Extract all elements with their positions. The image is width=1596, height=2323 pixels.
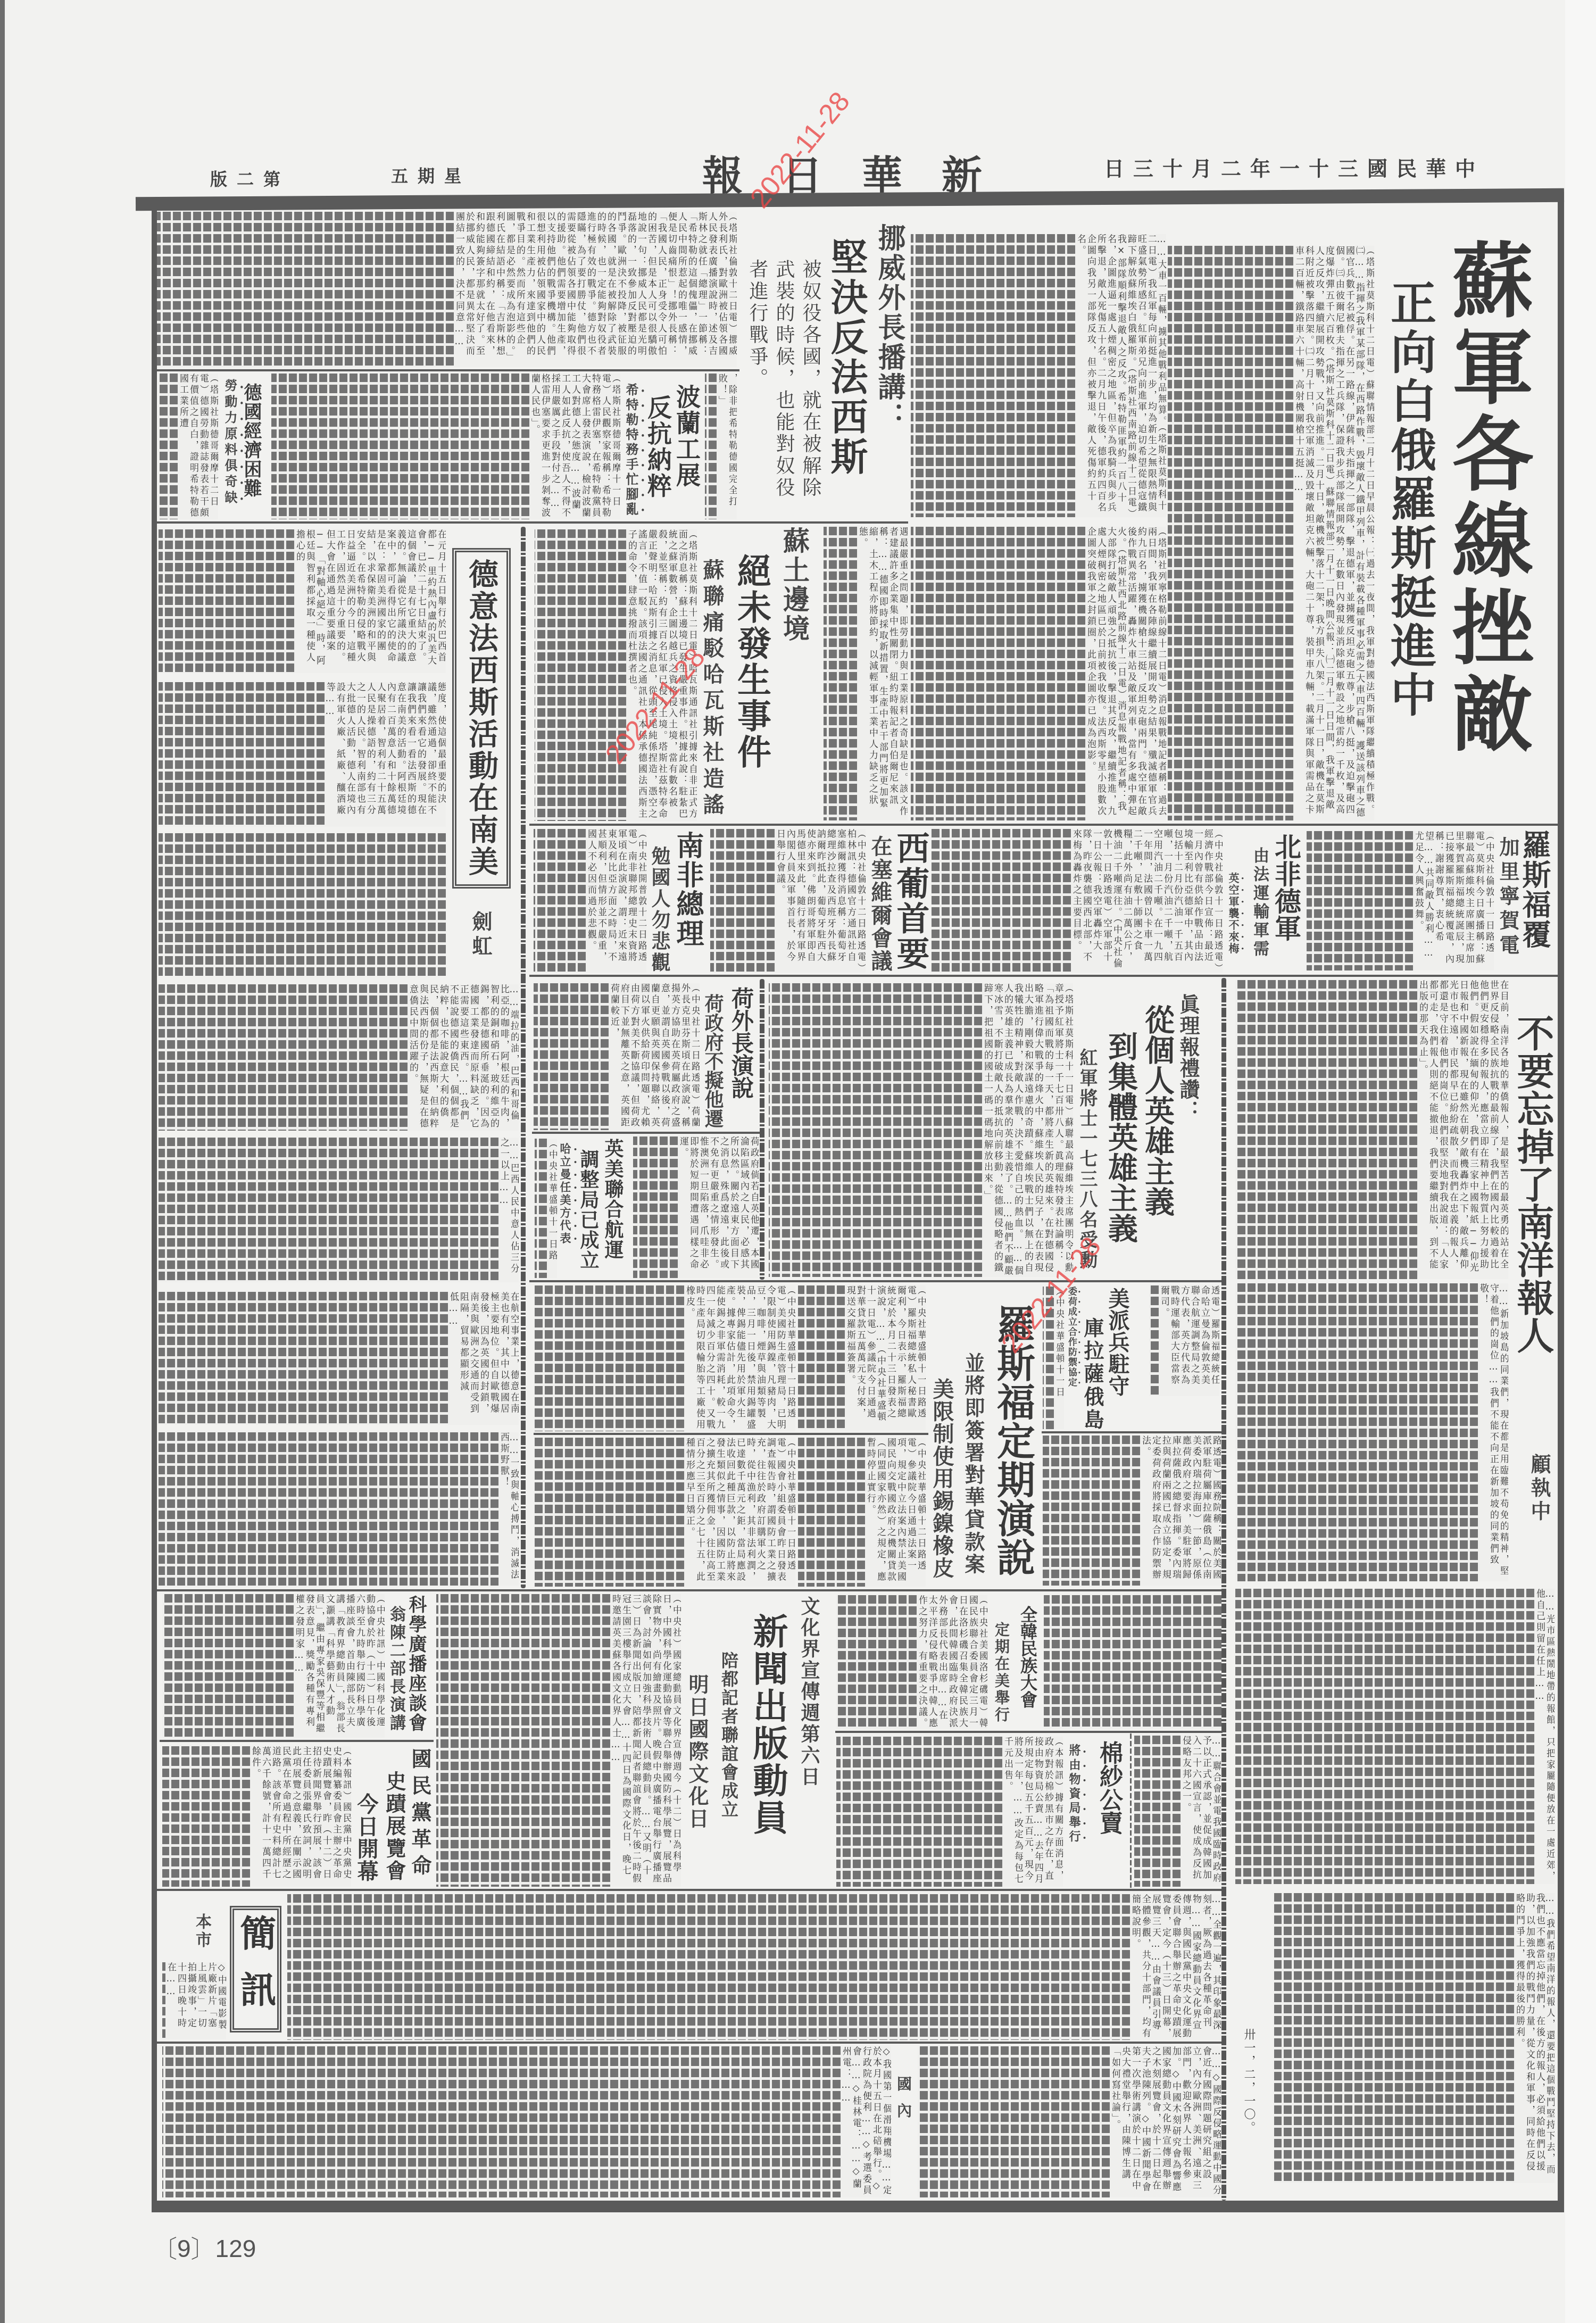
paragraph: ……聯合會並電我國臨時政府予以正式承認，並促成韓國加入二十六國宣言，使成為反抗侵… xyxy=(1181,1736,1221,1887)
article-body: ……全觀一遍，其印象最深刻者，厥為過去各種革命刊物……國家總動員文化界宣傳週，與… xyxy=(287,1894,1221,2040)
paragraph: ◇中國電影製片廠新片「塞上風雲」一切拍攝竣事，定十四日晚十時在…… xyxy=(165,1962,226,2039)
subheadline-roosevelt-speech: 並將即簽署對華貸款案 xyxy=(963,1353,983,1576)
headline-south-america: 德意法西斯活動在南美 xyxy=(467,559,496,878)
paragraph: 態度，使這個最重要的決議，雖然通過，卻終不能不讓我們來看它的發展。現在讓我們來看… xyxy=(325,682,446,827)
paragraph: （中央社倫敦十二日路透電）柏林訊：德國官方通訊社自塞維爾獲得消息稱：葡萄牙總理沙… xyxy=(775,829,866,973)
article-body: （中央社倫敦十一日路透電）莫斯科今日廣播稱：蘇聯最高蘇維埃主席團主席加里寧賀羅斯… xyxy=(1307,831,1494,970)
paragraph: （中央社美國洛杉磯電）韓國民族聯合委員會定三月一日在洛杉磯召集全韓民族大會，此間… xyxy=(917,1595,987,1729)
subheadline-norway: 被奴役各國，就在被解除武裝的時候，也能對奴役者進行戰爭。 xyxy=(744,259,824,504)
headline-curacao-2: 庫拉薩俄島 xyxy=(1082,1317,1102,1432)
subheadline-iberia: 在塞維爾會議 xyxy=(869,835,891,973)
headline-pravda: 從個人英雄主義 xyxy=(1143,1005,1173,1217)
article-body: （塔斯社斯德哥爾摩十二日電）德國勞動雜誌發表若干頗有價值之自白，證明希特勒德國工… xyxy=(159,374,218,519)
article-body: （中央社）國家總動員文化界宣傳週今（十二）日為科學日，中國科學化運動協會等聯合舉… xyxy=(436,1594,681,1887)
headline-dutch-fm: 荷外長演說 xyxy=(730,987,752,1099)
subheadline-culture-week-2: 明日國際文化日 xyxy=(687,1674,707,1830)
paragraph: （塔斯社列寧格勒前線十二日電）消息報戰地記者稱：過去兩日間，我軍在各陣線繼續展開… xyxy=(1085,527,1166,820)
subheadline-kmt-exhibit: 今日開幕 xyxy=(355,1793,377,1882)
archive-page-number: 〔9〕129 xyxy=(153,2229,256,2264)
article-body: 態度，使這個最重要的決議，雖然通過，卻終不能不讓我們來看它的發展。現在讓我們來看… xyxy=(159,682,446,827)
subheadline-north-africa: 由法運輸軍需 xyxy=(1251,847,1267,959)
article-body: （塔斯社斯德哥爾摩十一日電）人民觀察家報稱：希特勒特務格雷伊塞，在希特勒黨員大會… xyxy=(271,374,620,519)
divider xyxy=(1042,1431,1223,1433)
paragraph: （塔斯社斯德哥爾摩十二日電）德國勞動雜誌發表若干頗有價值之自白，證明希特勒德國工… xyxy=(178,374,218,519)
paragraph: （中央社倫敦十一日路透電）莫斯科今日廣播稱：蘇聯最高蘇維埃主席團主席加里寧賀羅斯… xyxy=(1413,831,1494,970)
headline-soviet-turkey: 絕未發生事件 xyxy=(734,553,768,770)
kicker-pravda: 眞理報禮讚： xyxy=(1178,994,1198,1122)
divider xyxy=(157,521,908,524)
article-body: （中央社倫敦十一日路透電）經濟作戰部今日宣佈：最近一月內曾有供給作戰品由法境輸至… xyxy=(931,829,1223,973)
article-dateline: 卅一，二，一〇。 xyxy=(1243,2028,1254,2135)
headline-norway: 堅決反法西斯 xyxy=(828,238,865,477)
headline-curacao: 美派兵駐守 xyxy=(1107,1288,1128,1397)
paragraph: ……我們希望南洋的報人，還要把這個戰鬥堅持下去，而我們也不應當忘掉他們，在後方的… xyxy=(1514,1893,1555,2183)
ornamental-border xyxy=(1221,978,1226,2201)
headline-nanyang: 不要忘掉了南洋報人 xyxy=(1514,1014,1551,1354)
divider xyxy=(532,1132,761,1134)
brief-items: ……◇國際反侵略運動中國分會近有國際問題研究組之設立，內分歐洲、美洲、遠東三部門… xyxy=(918,2046,1221,2197)
paragraph: （中央社開普敦十二日路透電）南非聯邦總理史末資將軍頃在此演說，謂：近來遠東及利比… xyxy=(586,829,646,973)
section-label-domestic: 國內 xyxy=(896,2076,911,2129)
paragraph: （塔斯社倫敦十二日電）挪威外長利氏，對歐洲被佔領各國人民發表廣播演說時，述及吉斯… xyxy=(454,212,737,367)
headline-kmt-exhibit-2: 史蹟展覽會 xyxy=(384,1771,404,1882)
article-body: （中央社華盛頓十二日路透電）參議院今日通過法案一項，規定中立法案內禁止美國國民向… xyxy=(798,1438,926,1587)
paragraph: 在航空事業上，德意在南美也有利，其中以德國居極主要地位。但自歐戰爆發後，因為英國… xyxy=(448,1292,519,1425)
article-body: 荷政府倘若自英他遷，本國淪陷區域內之人民，必感其所以然。關於遠東方面目下之消息，… xyxy=(633,1136,759,1278)
headline-soviet-front: 蘇軍各線挫敵 xyxy=(1446,238,1527,759)
paragraph: 透電）羅斯福總統任命哈立曼為倫敦英美聯合航運調整局之美方代表，英方代表為戰時運輸… xyxy=(1159,1285,1219,1396)
subheadline-culture-week: 陪都記者聯誼會成立 xyxy=(720,1652,737,1819)
paragraph: ……全觀一遍，其印象最深刻者，厥為過去各種革命刊物……國家總動員文化界宣傳週，與… xyxy=(1130,1894,1221,2040)
frame-right-border xyxy=(1558,192,1564,2211)
headline-shipping-board: 英美聯合航運 xyxy=(603,1139,622,1260)
article-body: （中央社開普敦十二日路透電）南非聯邦總理史末資將軍頃在此演說，謂：近來遠東及利比… xyxy=(534,829,646,973)
article-body: 在目前，南洋各地的華僑報人，是最堅苦的最英勇的站在全世界反侵略全民族抗戰的最前線… xyxy=(1235,980,1508,1279)
ornamental-border xyxy=(760,979,764,1280)
kicker-soviet-turkey: 蘇土邊境 xyxy=(781,527,808,644)
subheadline-dutch-fm: 荷政府不擬他遷 xyxy=(703,994,722,1128)
divider xyxy=(835,1731,1223,1733)
paragraph: ，除非把希特勒德國完全打敗！」 xyxy=(717,374,737,519)
newspaper-page: 中華民國三十一年二月十三日 新華日報 星期五 第二版 蘇軍各線挫敵 正向白俄羅斯… xyxy=(0,0,1596,2323)
paragraph: ◇我國第一個滑翔機場……定於本月十五日在北碚舉行。◇行政院為便利……◇考選委員會… xyxy=(841,2046,891,2197)
paragraph: ……光市區熱鬧地帶的報館，只把家屬隨便放在一處近郊，他自己則留在任上…… xyxy=(1534,1589,1555,1884)
article-body: （塔斯社倫敦十二日電）挪威外長利氏，對歐洲被佔領各國人民發表廣播演說時，述及吉斯… xyxy=(157,212,737,367)
divider xyxy=(157,369,739,371)
article-body: （中央社華盛頓十一日路透電）羅斯福總統私人秘書歐爾利，今日表示，羅斯福總統定於本… xyxy=(798,1285,926,1430)
headline-shipping-board-2: 調整局已成立 xyxy=(579,1149,598,1271)
paragraph: （塔斯社斯德哥爾摩十一日電）人民觀察家報稱：希特勒特務格雷伊塞，在希特勒黨員大會… xyxy=(529,374,620,519)
paragraph: 在目前，南洋各地的華僑報人，是最堅苦的最英勇的站在全世界反侵略全民族抗戰的最前線… xyxy=(1417,980,1508,1279)
headline-south-africa: 南非總理 xyxy=(674,831,701,948)
article-body: （中央社倫敦十二日路透電）柏林訊：德國官方通訊社自塞維爾獲得消息稱：葡萄牙總理沙… xyxy=(710,829,866,973)
briefs-title: 簡訊 xyxy=(237,1914,273,2027)
paragraph: ……大車一百輛，擄其他戰利品無算。（塔斯社莫斯科十二日電）我紅軍每向前挺進一步，… xyxy=(1075,234,1166,517)
paragraph: ……巴西人民中意人佔三分之一以上…… xyxy=(498,1138,519,1282)
subheadline-science-forum: 翁陳二部長演講 xyxy=(388,1606,404,1732)
kicker-culture-week: 文化界宣傳週第六日 xyxy=(800,1596,819,1788)
paragraph: ……新加坡島的同業們，現在都是用臨難不苟免的精神，堅守着他們的崗位……我們不能不… xyxy=(1478,1283,1508,1581)
headline-science-forum: 科學廣播座談會 xyxy=(407,1595,425,1733)
kicker-norway: 挪威外長播講： xyxy=(875,223,903,432)
divider xyxy=(157,1589,1223,1591)
divider xyxy=(157,2042,1223,2044)
scan-edge xyxy=(0,0,5,2323)
article-body: （中央社十二日路透電）荷蘭外長克里芬斯頃在此演說，稱揚英方協助在英荷屬政府之盛意… xyxy=(534,983,700,1130)
paragraph: ……◇國際反侵略運動中國分會近有國際問題研究組之設立，內分歐洲、美洲、遠東三部門… xyxy=(1110,2046,1221,2197)
article-body: （本報訊）據有關方面消息，政府對於棉紗黑市之存在，直接由物資局公賣……去年四月所… xyxy=(836,1737,1063,1887)
illegible-text-block xyxy=(159,833,446,976)
illegible-text-block xyxy=(1044,1595,1221,1729)
headline-north-africa: 北非德軍 xyxy=(1273,833,1299,942)
article-body: （中央社華盛頓十一日路 xyxy=(535,1139,557,1278)
paragraph: 荷政府倘若自英他遷，本國淪陷區域內之人民，必感其所以然。關於遠東方面目下之消息，… xyxy=(678,1136,759,1278)
headline-poland-2: 反抗納粹 xyxy=(646,395,670,499)
masthead-weekday: 星期五 xyxy=(386,163,471,187)
article-body: （塔斯社莫斯科十一日電）蘇聯最高蘇維埃主席團明令以勳章授予紅軍將士一千七百卅八人… xyxy=(769,983,1073,1277)
article-body: （中央社訊）中國科學化運動協會於昨（十二）日午後六時至九時舉行國防科學廣播座談會… xyxy=(162,1594,385,1738)
article-body: 在航空事業上，德意在南美也有利，其中以德國居極主要地位。但自歐戰爆發後，因為英國… xyxy=(159,1292,519,1425)
article-body: ……巴西人民中意人佔三分之一以上…… xyxy=(159,1138,519,1282)
headline-poland: 波蘭工展 xyxy=(675,384,699,488)
article-body: （中央社華盛頓十一日路透電）國會小組委員會昨日發表調查報告時，謂國防工業之擴充，… xyxy=(535,1438,795,1587)
ornamental-border xyxy=(521,527,526,1588)
paragraph: （中央社十二日路透電）荷蘭外長克里芬斯頃在此演說，稱揚英方協助在英荷屬政府之盛意… xyxy=(609,983,700,1130)
dashed-divider xyxy=(1130,1733,1132,1888)
subheadline-soviet-turkey: 蘇聯痛駁哈瓦斯社造謠 xyxy=(701,559,722,819)
divider xyxy=(529,975,1558,977)
paragraph: （中央社華盛頓十一日路透電）國會小組委員會昨日發表調查報告時，謂國防工業之擴充，… xyxy=(684,1438,795,1587)
headline-cotton: 棉紗公賣 xyxy=(1097,1741,1120,1835)
paragraph: （本報訊）國民黨中央黨史史料編纂委員會主辦之革命史蹟展覽會，昨（十二）日招待新聞… xyxy=(250,1746,351,1887)
paragraph: （塔斯社莫斯科十一日電）蘇聯最高蘇維埃主席團明令以勳章授予紅軍將士一千七百卅八人… xyxy=(982,983,1073,1277)
paragraph: ……端拉的油，巴西和哥倫比亞的咖啡，阿根廷的牛肉，智利的銅和硝石，玻利維亞的錫，… xyxy=(408,984,519,1131)
divider xyxy=(534,1433,928,1435)
article-body: （中央社美國洛杉磯電）韓國民族聯合委員會定三月一日在洛杉磯召集全韓民族大會，此間… xyxy=(836,1595,987,1729)
paragraph: 遇最嚴重之問題，即勞動力與工業原料之奇缺是也。該文作者建議許多企業集中性關閉。紐… xyxy=(857,527,908,820)
byline: 劍虹 xyxy=(470,911,491,960)
article-body: 遇最嚴重之問題，即勞動力與工業原料之奇缺是也。該文作者建議許多企業集中性關閉。紐… xyxy=(824,527,908,820)
paragraph: （塔斯社莫斯科十二日電）蘇聯情報部二月十二日早晨公報：㈠過去一夜間，我軍對德國法… xyxy=(1293,246,1374,820)
headline-iberia: 西葡首要 xyxy=(894,831,927,972)
article-body: （塔斯社莫斯科十二日電）蘇聯情報部二月十二日早晨公報：㈠過去一夜間，我軍對德國法… xyxy=(1168,246,1374,820)
article-body: 透電）羅斯福總統任命哈立曼為倫敦英美聯合航運調整局之美方代表，英方代表為戰時運輸… xyxy=(1149,1285,1219,1396)
article-body: ……新加坡島的同業們，現在都是用臨難不苟免的精神，堅守着他們的崗位……我們不能不… xyxy=(1235,1283,1508,1581)
article-body: （塔斯社列寧格勒前線十二日電）消息報戰地記者稱：過去兩日間，我軍在各陣線繼續展開… xyxy=(911,527,1166,820)
subheadline-north-africa-2: 英空軍襲不來梅 xyxy=(1227,873,1245,955)
article-body: ……我們希望南洋的報人，還要把這個戰鬥堅持下去，而我們也不應當忘掉他們，在後方的… xyxy=(1274,1893,1555,2183)
article-body: （中央社華盛頓十一日路透電）美國防生產管理局，已明令限制使用錫鎳，凡豬肉，大豆，… xyxy=(535,1285,795,1431)
paragraph: （中央社華盛頓十一日路 xyxy=(547,1139,557,1278)
divider xyxy=(160,1740,434,1742)
paragraph: （中央社倫敦十一日路透電）經濟作戰部今日宣佈：最近一月內曾有供給作戰品由法境輸至… xyxy=(1071,829,1223,973)
subheadline-cotton: 將由物資局舉行 xyxy=(1067,1744,1088,1845)
article-body: ……光市區熱鬧地帶的報館，只把家屬隨便放在一處近郊，他自己則留在任上…… xyxy=(1235,1589,1555,1884)
subheadline-soviet-front: 正向白俄羅斯挺進中 xyxy=(1386,279,1432,720)
paragraph: （中央社華盛頓十一日路透電）羅斯福總統私人秘書歐爾利，今日表示，羅斯福總統定於本… xyxy=(845,1285,926,1430)
paragraph: ……一致與軸心搏鬥，消滅法西斯野獸！ xyxy=(498,1432,519,1586)
paragraph: 路透電）國務院稱：關於美國派軍駐荷屬庫拉薩俄島（位南美委內瑞拉海面）一節，原係應… xyxy=(1140,1436,1221,1586)
article-body: ，除非把希特勒德國完全打敗！」 xyxy=(705,374,737,519)
paragraph: （中央社）國家總動員文化界宣傳週今（十二）日為科學日，中國科學化運動協會等聯合舉… xyxy=(610,1594,681,1887)
divider xyxy=(529,824,1558,826)
article-body: ……聯合會並電我國臨時政府予以正式承認，並促成韓國加入二十六國宣言，使成為反抗侵… xyxy=(1134,1736,1221,1887)
brief-items: ◇我國第一個滑翔機場……定於本月十五日在北碚舉行。◇行政院為便利……◇考選委員會… xyxy=(162,2046,891,2197)
headline-pravda-2: 到集體英雄主義 xyxy=(1106,1031,1136,1243)
headline-roosevelt-kalinin-2: 加里寧賀電 xyxy=(1498,836,1518,959)
subheadline-shipping-board: 哈立曼任美方代表 xyxy=(559,1143,579,1245)
subheadline-korea: 定期在美舉行 xyxy=(994,1622,1009,1724)
article-body: ……一致與軸心搏鬥，消滅法西斯野獸！ xyxy=(159,1432,519,1586)
frame-left-border xyxy=(152,202,157,2211)
divider xyxy=(157,1889,1223,1891)
subheadline-south-africa: 勉國人勿悲觀 xyxy=(650,846,669,974)
headline-culture-week: 新聞出版動員 xyxy=(750,1613,785,1837)
paragraph: （中央社華盛頓十一日路透電）美國防生產管理局，已明令限制使用錫鎳，凡豬肉，大豆，… xyxy=(684,1285,795,1431)
byline: 顧執中 xyxy=(1529,1454,1549,1524)
article-body: ……大車一百輛，擄其他戰利品無算。（塔斯社莫斯科十二日電）我紅軍每向前挺進一步，… xyxy=(911,234,1166,517)
paragraph: （本報訊）據有關方面消息，政府對於棉紗黑市之存在，直接由物資局公賣……去年四月所… xyxy=(1002,1737,1063,1887)
section-label-local: 本市 xyxy=(194,1913,210,1949)
subheadline-poland: 希特勒特務手忙腳亂 xyxy=(624,383,646,517)
headline-roosevelt-kalinin: 羅斯福覆 xyxy=(1520,830,1549,949)
article-body: ……端拉的油，巴西和哥倫比亞的咖啡，阿根廷的牛肉，智利的銅和硝石，玻利維亞的錫，… xyxy=(159,984,519,1131)
headline-korea: 全韓民族大會 xyxy=(1019,1606,1036,1708)
paragraph: （中央社華盛頓十二日路透電）參議院今日通過法案一項，規定中立法案內禁止美國國民向… xyxy=(865,1438,926,1587)
article-body: 路透電）國務院稱：關於美國派軍駐荷屬庫拉薩俄島（位南美委內瑞拉海面）一節，原係應… xyxy=(1043,1436,1221,1586)
frame-bottom-rule xyxy=(152,2201,1564,2212)
subheadline-german-economy: 勞動力原料俱奇缺 xyxy=(222,379,245,507)
paragraph: （中央社訊）中國科學化運動協會於昨（十二）日午後六時至九時舉行國防科學廣播座談會… xyxy=(294,1594,385,1738)
subheadline-roosevelt-speech-2: 美限制使用錫鎳橡皮 xyxy=(931,1378,952,1579)
article-body: 在元月十五日舉行於巴西首都──里約熱內盧的汎美大會，已於二十七日結束了。這個會議… xyxy=(159,529,446,673)
right-margin xyxy=(1565,0,1596,2323)
masthead-page-label: 第二版 xyxy=(205,166,290,190)
subheadline-curacao: 委荷成立合作防禦協定 xyxy=(1066,1287,1082,1388)
article-body: （本報訊）國民黨中央黨史史料編纂委員會主辦之革命史蹟展覽會，昨（十二）日招待新聞… xyxy=(162,1746,351,1887)
brief-items: ◇中國電影製片廠新片「塞上風雲」一切拍攝竣事，定十四日晚十時在…… xyxy=(162,1962,226,2039)
divider xyxy=(529,1280,1223,1282)
masthead-date: 中華民國三十一年二月十三日 xyxy=(1101,152,1484,181)
headline-kmt-exhibit: 國民黨革命 xyxy=(410,1748,430,1881)
paragraph: 在元月十五日舉行於巴西首都──里約熱內盧的汎美大會，已於二十七日結束了。這個會議… xyxy=(294,529,446,673)
